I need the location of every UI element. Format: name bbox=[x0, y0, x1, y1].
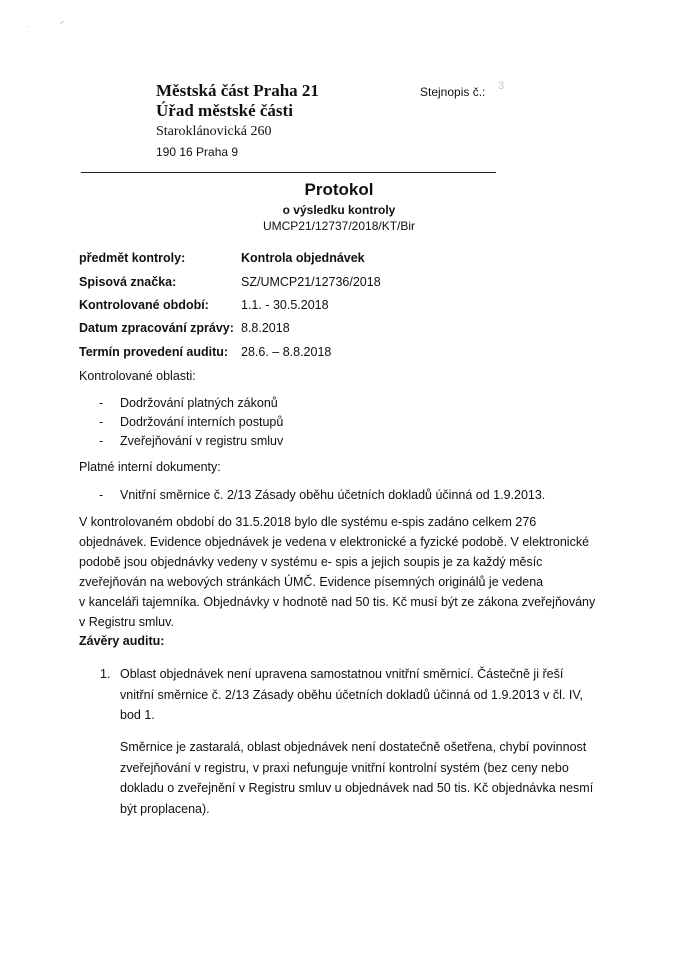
meta-label-subject: předmět kontroly: bbox=[79, 251, 185, 265]
paragraph-line: vnitřní směrnice č. 2/13 Zásady oběhu úč… bbox=[120, 685, 630, 706]
meta-value-audit-term: 28.6. – 8.8.2018 bbox=[241, 345, 331, 359]
meta-label-report-date: Datum zpracování zprávy: bbox=[79, 321, 234, 335]
scan-artifact bbox=[60, 21, 64, 24]
header-divider bbox=[81, 172, 496, 173]
areas-heading: Kontrolované oblasti: bbox=[79, 369, 196, 383]
meta-value-report-date: 8.8.2018 bbox=[241, 321, 290, 335]
paragraph-line: zveřejňování v registru, v praxi nefungu… bbox=[120, 758, 630, 779]
paragraph-line: zveřejňován na webových stránkách ÚMČ. E… bbox=[79, 572, 619, 592]
bullet-dash: - bbox=[99, 415, 103, 429]
city-address: 190 16 Praha 9 bbox=[156, 145, 238, 159]
meta-value-subject: Kontrola objednávek bbox=[241, 251, 365, 265]
reference-number: UMCP21/12737/2018/KT/Bir bbox=[0, 219, 678, 233]
paragraph-line: V kontrolovaném období do 31.5.2018 bylo… bbox=[79, 512, 619, 532]
meta-value-period: 1.1. - 30.5.2018 bbox=[241, 298, 329, 312]
paragraph-line: bod 1. bbox=[120, 705, 630, 726]
paragraph-line: dokladu o zveřejnění v Registru smluv u … bbox=[120, 778, 630, 799]
bullet-dash: - bbox=[99, 434, 103, 448]
paragraph-line: v Registru smluv. bbox=[79, 612, 619, 632]
office-name: Úřad městské části bbox=[156, 101, 293, 121]
bullet-dash: - bbox=[99, 396, 103, 410]
list-item: Dodržování platných zákonů bbox=[120, 396, 278, 410]
paragraph-line: být proplacena). bbox=[120, 799, 630, 820]
conclusion-paragraph: Oblast objednávek není upravena samostat… bbox=[120, 664, 630, 726]
paragraph-line: objednávek. Evidence objednávek je veden… bbox=[79, 532, 619, 552]
paragraph-line: Oblast objednávek není upravena samostat… bbox=[120, 664, 630, 685]
document-subtitle: o výsledku kontroly bbox=[0, 203, 678, 217]
paragraph-line: v kanceláři tajemníka. Objednávky v hodn… bbox=[79, 592, 619, 612]
conclusion-number: 1. bbox=[100, 667, 110, 681]
street-address: Staroklánovická 260 bbox=[156, 124, 271, 140]
meta-label-audit-term: Termín provedení auditu: bbox=[79, 345, 228, 359]
bullet-dash: - bbox=[99, 488, 103, 502]
body-paragraph: V kontrolovaném období do 31.5.2018 bylo… bbox=[79, 512, 619, 632]
meta-value-file-mark: SZ/UMCP21/12736/2018 bbox=[241, 275, 381, 289]
conclusion-detail-paragraph: Směrnice je zastaralá, oblast objednávek… bbox=[120, 737, 630, 819]
document-title: Protokol bbox=[0, 180, 678, 200]
list-item: Dodržování interních postupů bbox=[120, 415, 283, 429]
documents-heading: Platné interní dokumenty: bbox=[79, 460, 221, 474]
organization-name: Městská část Praha 21 bbox=[156, 81, 319, 101]
copy-number-value: 3 bbox=[498, 80, 504, 92]
meta-label-period: Kontrolované období: bbox=[79, 298, 209, 312]
scan-artifact bbox=[26, 26, 28, 27]
list-item: Zveřejňování v registru smluv bbox=[120, 434, 283, 448]
copy-number-label: Stejnopis č.: bbox=[420, 85, 485, 99]
paragraph-line: Směrnice je zastaralá, oblast objednávek… bbox=[120, 737, 630, 758]
meta-label-file-mark: Spisová značka: bbox=[79, 275, 176, 289]
paragraph-line: podobě jsou objednávky vedeny v systému … bbox=[79, 552, 619, 572]
list-item: Vnitřní směrnice č. 2/13 Zásady oběhu úč… bbox=[120, 488, 545, 502]
conclusions-heading: Závěry auditu: bbox=[79, 634, 164, 648]
